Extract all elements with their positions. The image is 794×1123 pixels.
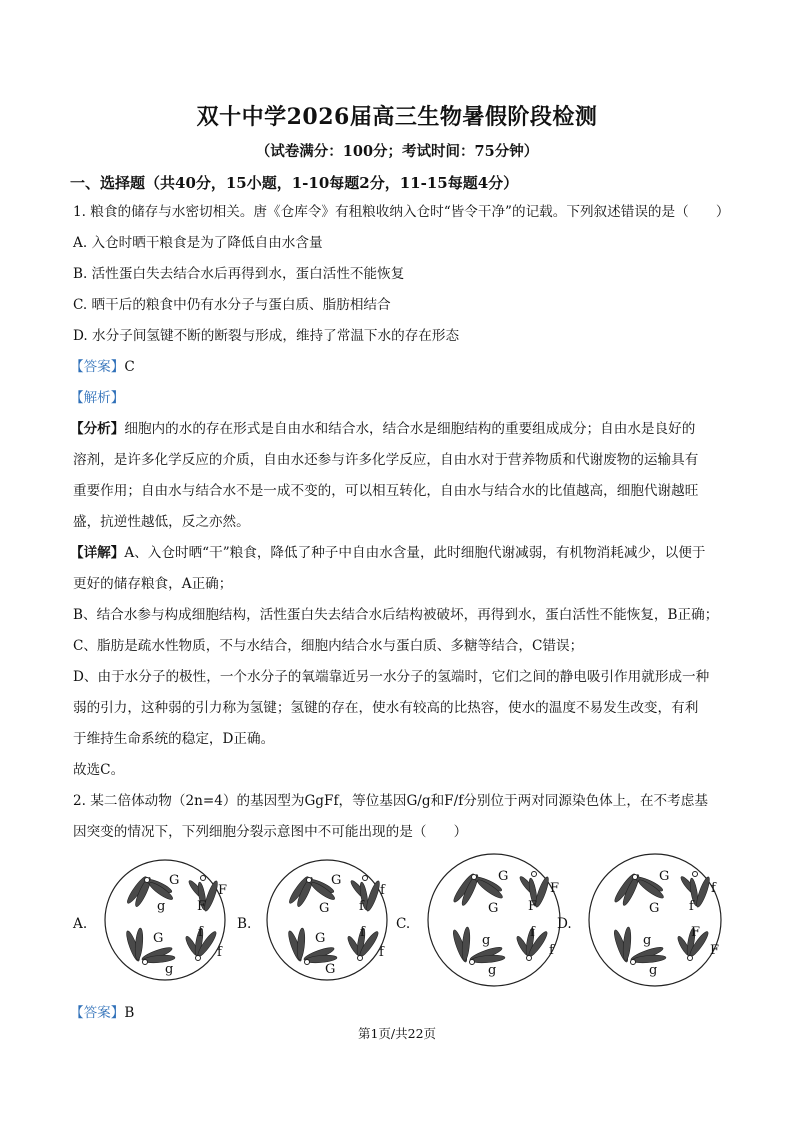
svg-text:G: G (498, 869, 508, 884)
question-2-stem-line-1: 2. 某二倍体动物（2n=4）的基因型为GgFf，等位基因G/g和F/f分别位于… (73, 792, 708, 810)
document-page: 双十中学2026届高三生物暑假阶段检测 （试卷满分：100分；考试时间：75分钟… (0, 0, 794, 1123)
figure-d-label: D. (557, 916, 572, 932)
page-title: 双十中学2026届高三生物暑假阶段检测 (0, 100, 794, 131)
cell-diagram-a: Gg FF Gg ff (95, 858, 255, 988)
answer-value: C (124, 359, 134, 375)
fenxi-line-3: 重要作用；自由水与结合水不是一成不变的，可以相互转化，自由水与结合水的比值越高，… (73, 482, 698, 500)
svg-text:f: f (549, 943, 555, 958)
svg-text:G: G (325, 962, 335, 977)
exam-info: （试卷满分：100分；考试时间：75分钟） (0, 140, 794, 161)
xiangjie-line-7: 于维持生命系统的稳定，D正确。 (73, 730, 274, 748)
svg-text:F: F (528, 899, 537, 914)
figure-c-label: C. (396, 916, 410, 932)
xiangjie-line-3: B、结合水参与构成细胞结构，活性蛋白失去结合水后结构被破坏，再得到水，蛋白活性不… (73, 606, 718, 624)
svg-text:F: F (691, 925, 700, 940)
xiangjie-label: 【详解】 (70, 545, 124, 561)
question-1-option-d: D. 水分子间氢键不断的断裂与形成，维持了常温下水的存在形态 (73, 327, 459, 345)
cell-diagram-d: GG ff gg FF (579, 850, 749, 990)
xiangjie-line-1: 【详解】A、入仓时晒“干”粮食，降低了种子中自由水含量，此时细胞代谢减弱，有机物… (70, 544, 705, 562)
svg-text:F: F (197, 899, 206, 914)
xiangjie-line-2: 更好的储存粮食，A正确； (73, 575, 232, 593)
section-heading: 一、选择题（共40分，15小题，1-10每题2分，11-15每题4分） (70, 172, 518, 193)
xiangjie-line-4: C、脂肪是疏水性物质，不与水结合，细胞内结合水与蛋白质、多糖等结合，C错误； (73, 637, 583, 655)
question-1-option-b: B. 活性蛋白失去结合水后再得到水，蛋白活性不能恢复 (73, 265, 404, 283)
svg-text:g: g (488, 963, 496, 978)
svg-text:g: g (643, 933, 651, 948)
question-2-answer: 【答案】B (70, 1004, 134, 1022)
svg-text:f: f (530, 925, 536, 940)
cell-division-figures: A. (70, 858, 730, 988)
svg-text:f: f (380, 883, 386, 898)
svg-text:g: g (649, 963, 657, 978)
xiangjie-line-5: D、由于水分子的极性，一个水分子的氧端靠近另一水分子的氢端时，它们之间的静电吸引… (73, 668, 709, 686)
fenxi-line-1: 【分析】细胞内的水的存在形式是自由水和结合水，结合水是细胞结构的重要组成成分；自… (70, 420, 695, 438)
svg-text:F: F (218, 883, 227, 898)
question-1-option-a: A. 入仓时晒干粮食是为了降低自由水含量 (73, 234, 323, 252)
question-1-option-c: C. 晒干后的粮食中仍有水分子与蛋白质、脂肪相结合 (73, 296, 391, 314)
svg-text:g: g (165, 962, 173, 977)
svg-text:f: f (217, 945, 223, 960)
svg-text:g: g (482, 933, 490, 948)
xiangjie-text: A、入仓时晒“干”粮食，降低了种子中自由水含量，此时细胞代谢减弱，有机物消耗减少… (124, 545, 705, 561)
svg-text:G: G (169, 873, 179, 888)
svg-text:G: G (649, 901, 659, 916)
page-footer: 第1页/共22页 (0, 1024, 794, 1042)
question-1-stem: 1. 粮食的储存与水密切相关。唐《仓库令》有租粮收纳入仓时“皆令干净”的记载。下… (73, 203, 730, 221)
answer-value: B (124, 1005, 134, 1021)
svg-text:G: G (315, 931, 325, 946)
question-1-answer: 【答案】C (70, 358, 135, 376)
svg-text:G: G (153, 931, 163, 946)
analysis-label: 【解析】 (70, 389, 124, 407)
svg-text:F: F (550, 881, 559, 896)
svg-text:f: f (379, 945, 385, 960)
fenxi-line-4: 盛，抗逆性越低，反之亦然。 (73, 513, 250, 531)
svg-text:G: G (331, 873, 341, 888)
fenxi-label: 【分析】 (70, 421, 124, 437)
answer-label: 【答案】 (70, 1005, 124, 1021)
answer-label: 【答案】 (70, 359, 124, 375)
figure-b-label: B. (237, 916, 251, 932)
cell-diagram-b: GG ff GG ff (257, 858, 417, 988)
svg-text:g: g (157, 899, 165, 914)
svg-text:G: G (319, 901, 329, 916)
question-1-conclusion: 故选C。 (73, 761, 124, 779)
figure-a-label: A. (73, 916, 87, 932)
question-2-stem-line-2: 因突变的情况下，下列细胞分裂示意图中不可能出现的是（ ） (73, 823, 467, 841)
svg-text:G: G (659, 869, 669, 884)
fenxi-text: 细胞内的水的存在形式是自由水和结合水，结合水是细胞结构的重要组成成分；自由水是良… (124, 421, 695, 437)
xiangjie-line-6: 弱的引力，这种弱的引力称为氢键；氢键的存在，使水有较高的比热容，使水的温度不易发… (73, 699, 698, 717)
svg-text:G: G (488, 901, 498, 916)
svg-text:F: F (710, 943, 719, 958)
fenxi-line-2: 溶剂，是许多化学反应的介质，自由水还参与许多化学反应，自由水对于营养物质和代谢废… (73, 451, 698, 469)
